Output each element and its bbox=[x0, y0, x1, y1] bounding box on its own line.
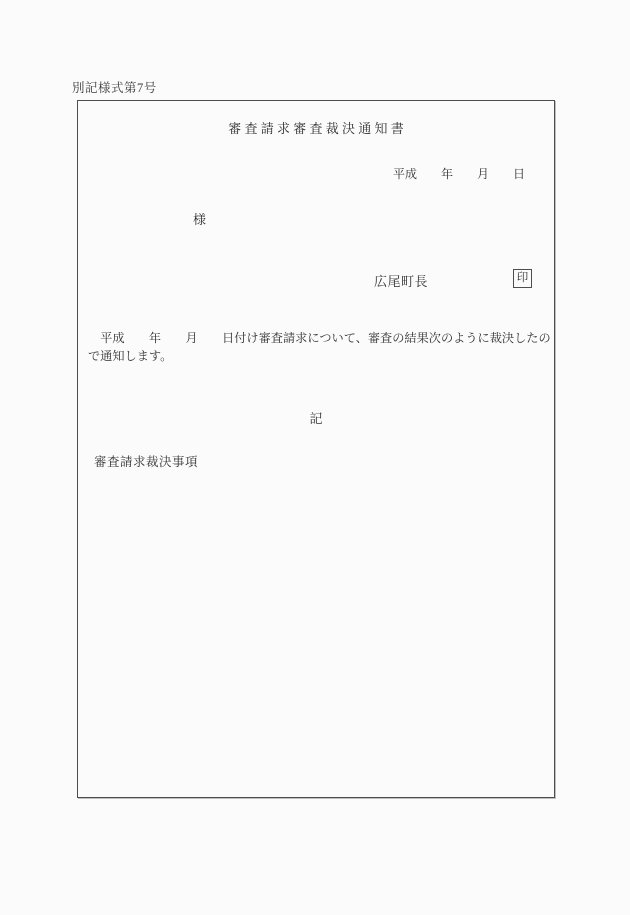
document-title: 審 査 請 求 審 査 裁 決 通 知 書 bbox=[78, 118, 554, 137]
sender-row: 広尾町長 印 bbox=[78, 269, 554, 289]
issue-date-line: 平成 年 月 日 bbox=[393, 165, 525, 182]
sender-name: 広尾町長 bbox=[374, 271, 428, 290]
form-number-label: 別記様式第7号 bbox=[72, 78, 157, 96]
body-text: 平成 年 月 日付け審査請求について、審査の結果次のように裁決したの で通知しま… bbox=[88, 330, 552, 365]
addressee-suffix: 様 bbox=[193, 209, 206, 228]
document-border-box: 審 査 請 求 審 査 裁 決 通 知 書 平成 年 月 日 様 広尾町長 印 … bbox=[77, 100, 555, 798]
ruling-items-label: 審査請求裁決事項 bbox=[94, 452, 198, 470]
body-line-2: で通知します。 bbox=[88, 348, 552, 366]
record-marker: 記 bbox=[78, 408, 554, 427]
seal-mark: 印 bbox=[513, 269, 532, 288]
body-line-1: 平成 年 月 日付け審査請求について、審査の結果次のように裁決したの bbox=[88, 330, 552, 348]
document-page: 別記様式第7号 審 査 請 求 審 査 裁 決 通 知 書 平成 年 月 日 様… bbox=[0, 0, 630, 915]
